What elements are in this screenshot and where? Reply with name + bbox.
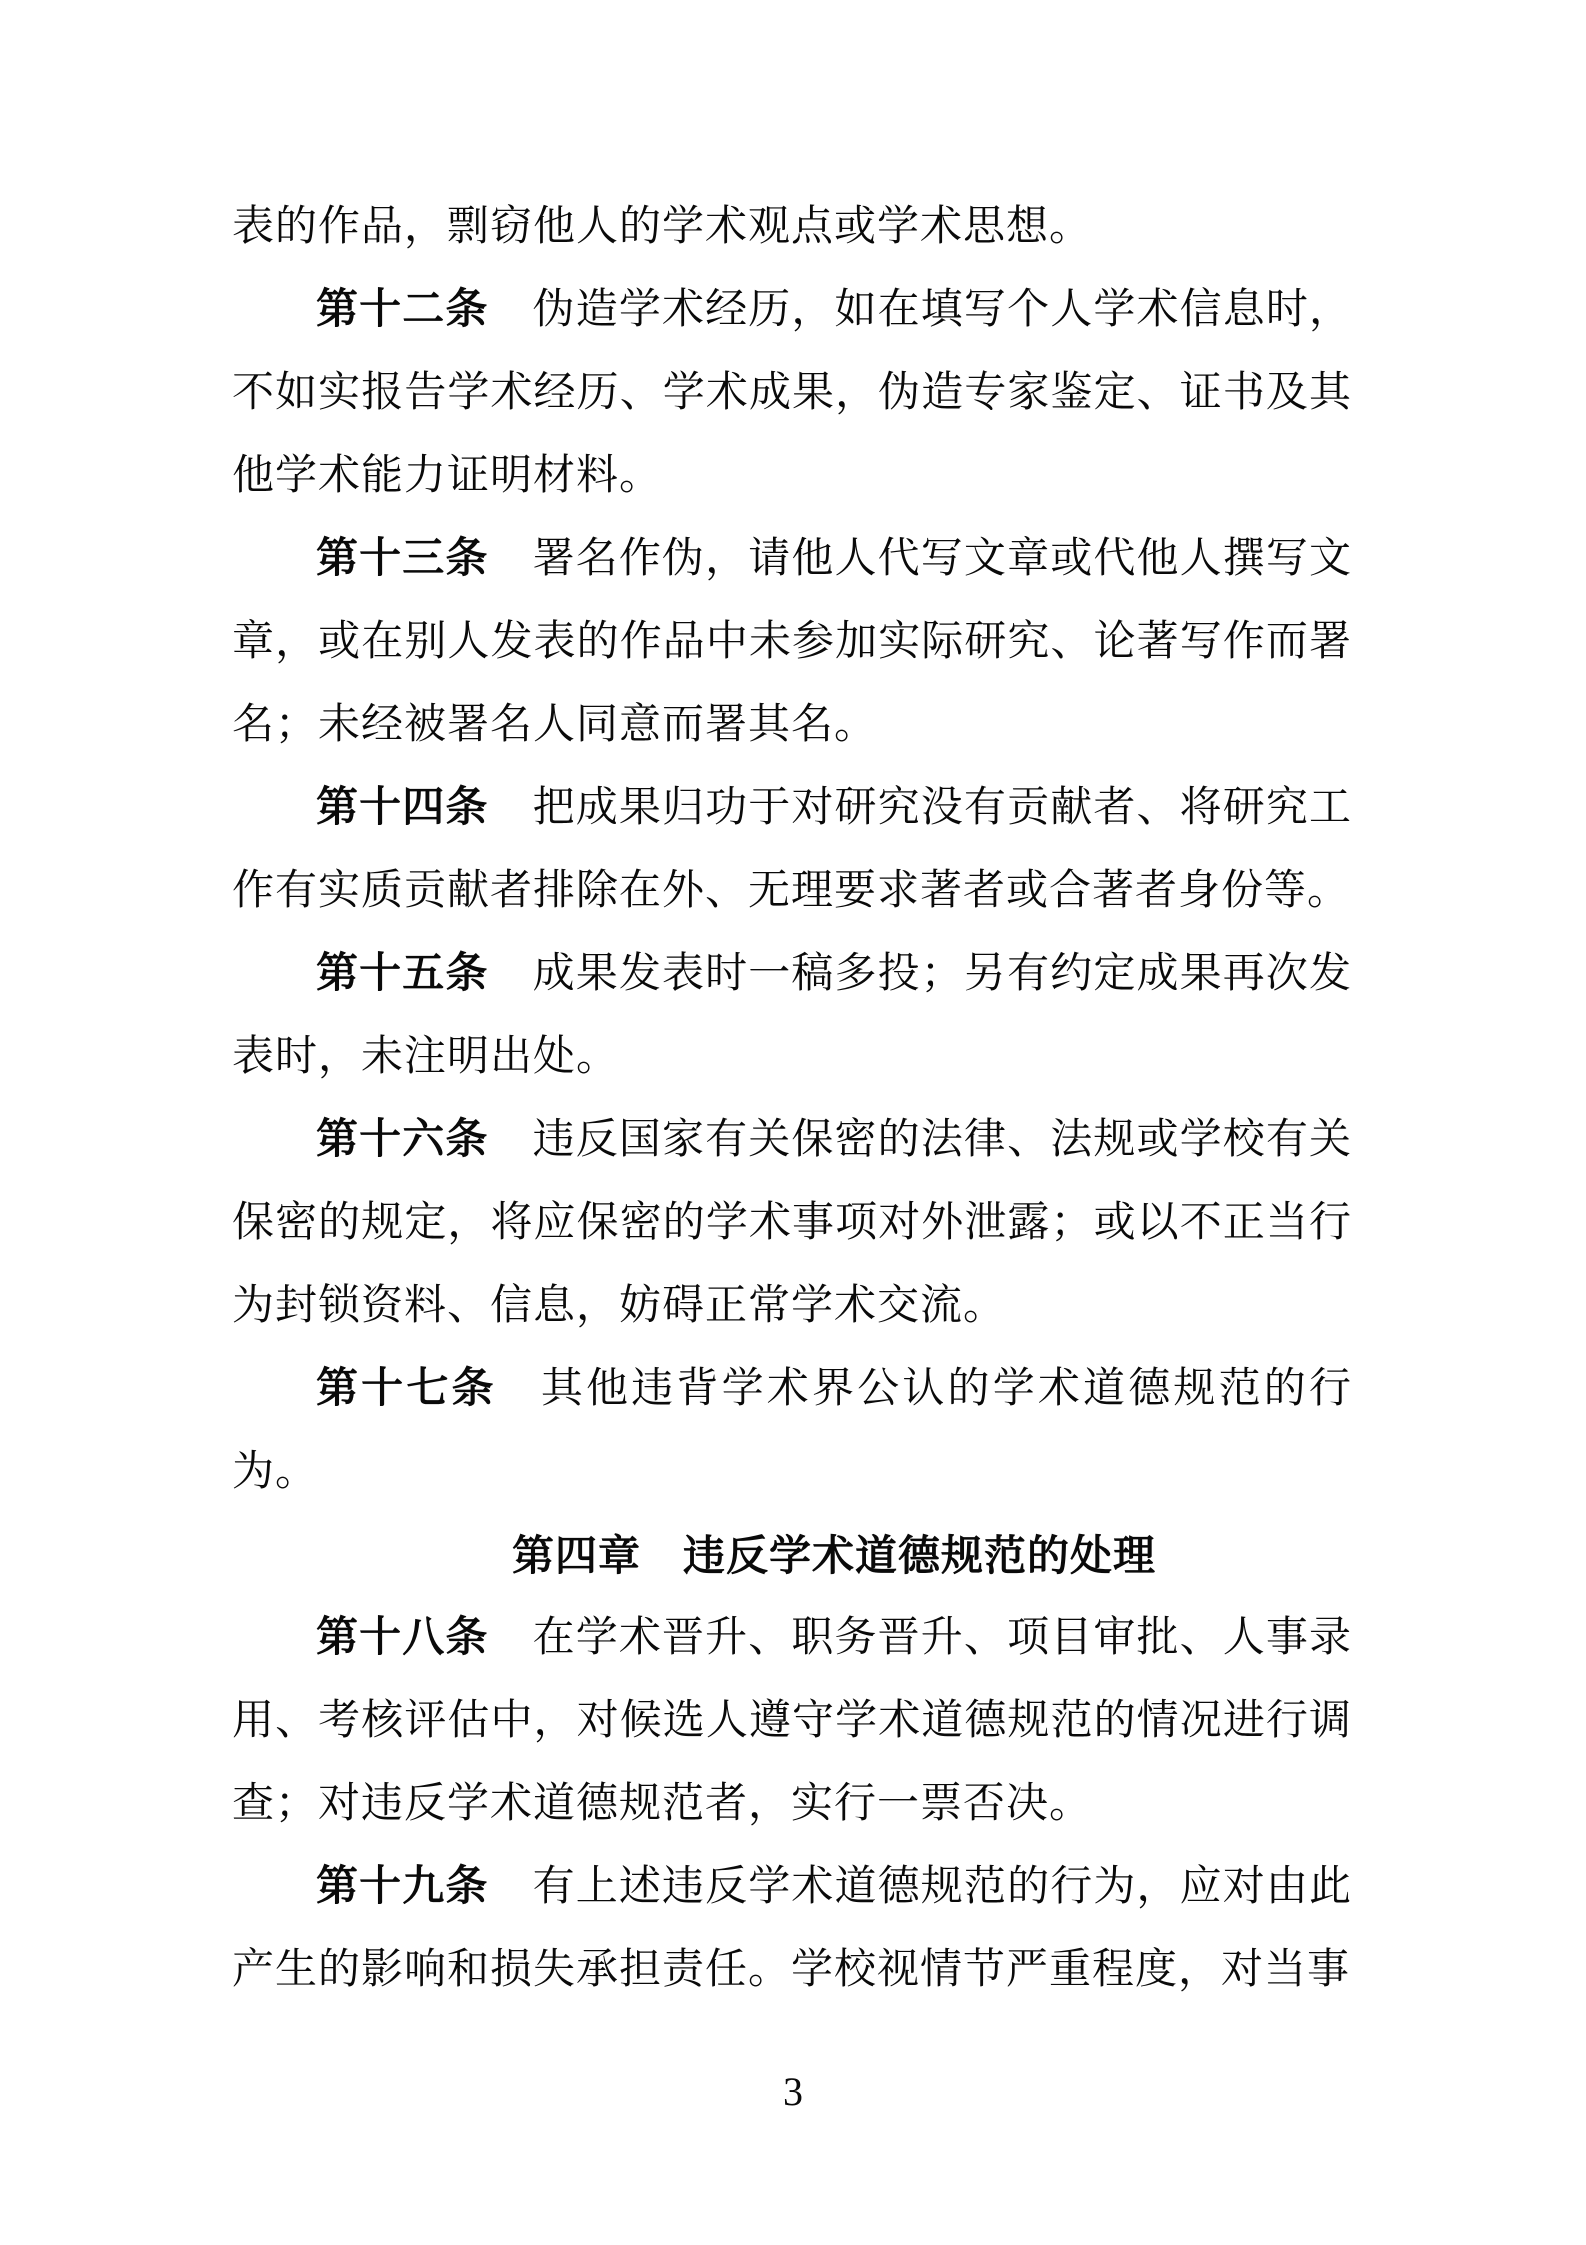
article-number: 第十八条: [316, 1615, 489, 1661]
paragraph: 表的作品，剽窃他人的学术观点或学术思想。: [232, 186, 1352, 269]
paragraph-text: 表的作品，剽窃他人的学术观点或学术思想。: [232, 204, 1092, 250]
article-number: 第十三条: [316, 536, 489, 582]
paragraph: 第十二条伪造学术经历，如在填写个人学术信息时，不如实报告学术经历、学术成果，伪造…: [232, 269, 1352, 518]
article-number: 第十七条: [316, 1366, 497, 1412]
article-number: 第十四条: [316, 785, 489, 831]
article-number: 第十五条: [316, 951, 489, 997]
chapter-heading: 第四章违反学术道德规范的处理: [232, 1514, 1352, 1597]
article-number: 第十二条: [316, 287, 489, 333]
paragraph: 第十四条把成果归功于对研究没有贡献者、将研究工作有实质贡献者排除在外、无理要求著…: [232, 767, 1352, 933]
article-number: 第十九条: [316, 1864, 489, 1910]
paragraph: 第十三条署名作伪，请他人代写文章或代他人撰写文章，或在别人发表的作品中未参加实际…: [232, 518, 1352, 767]
document-body: 表的作品，剽窃他人的学术观点或学术思想。第十二条伪造学术经历，如在填写个人学术信…: [232, 186, 1352, 2012]
paragraph: 第十九条有上述违反学术道德规范的行为，应对由此产生的影响和损失承担责任。学校视情…: [232, 1846, 1352, 2012]
page-number: 3: [0, 2062, 1586, 2122]
paragraph-text: 违反学术道德规范的处理: [683, 1532, 1156, 1579]
paragraph: 第十七条其他违背学术界公认的学术道德规范的行为。: [232, 1348, 1352, 1514]
document-page: 表的作品，剽窃他人的学术观点或学术思想。第十二条伪造学术经历，如在填写个人学术信…: [0, 0, 1586, 2245]
paragraph: 第十八条在学术晋升、职务晋升、项目审批、人事录用、考核评估中，对候选人遵守学术道…: [232, 1597, 1352, 1846]
article-number: 第十六条: [316, 1117, 489, 1163]
chapter-number: 第四章: [512, 1532, 641, 1579]
paragraph: 第十五条成果发表时一稿多投；另有约定成果再次发表时，未注明出处。: [232, 933, 1352, 1099]
paragraph: 第十六条违反国家有关保密的法律、法规或学校有关保密的规定，将应保密的学术事项对外…: [232, 1099, 1352, 1348]
